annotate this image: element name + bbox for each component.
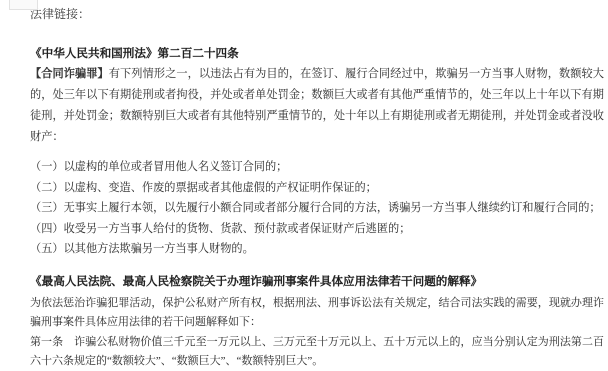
- interpretation-preamble: 为依法惩治诈骗犯罪活动，保护公私财产所有权，根据刑法、刑事诉讼法有关规定，结合司…: [30, 294, 604, 333]
- law-item-3: （三）无事实上履行本领，以先履行小额合同或者部分履行合同的方法，诱骗另一方当事人…: [30, 198, 604, 219]
- law-intro-text: 有下列情形之一，以违法占有为目的，在签订、履行合同经过中，欺骗另一方当事人财物，…: [30, 68, 604, 143]
- interpretation-article-1: 第一条 诈骗公私财物价值三千元至一万元以上、三万元至十万元以上、五十万元以上的，…: [30, 333, 604, 371]
- law-item-1: （一）以虚构的单位或者冒用他人名义签订合同的；: [30, 157, 604, 178]
- document-content: 法律链接： 《中华人民共和国刑法》第二百二十四条 【合同诈骗罪】有下列情形之一，…: [0, 0, 608, 371]
- interpretation-title: 《最高人民法院、最高人民检察院关于办理诈骗刑事案件具体应用法律若干问题的解释》: [30, 274, 604, 290]
- law-items-list: （一）以虚构的单位或者冒用他人名义签订合同的； （二）以虚构、变造、作废的票据或…: [30, 157, 604, 260]
- law-intro-paragraph: 【合同诈骗罪】有下列情形之一，以违法占有为目的，在签订、履行合同经过中，欺骗另一…: [30, 64, 604, 148]
- document-page: 法律链接： 《中华人民共和国刑法》第二百二十四条 【合同诈骗罪】有下列情形之一，…: [0, 0, 608, 371]
- table-cell-artifact: [9, 0, 38, 10]
- legal-links-label: 法律链接：: [30, 6, 604, 22]
- law-item-5: （五）以其他方法欺骗另一方当事人财物的。: [30, 239, 604, 260]
- law-article-title: 《中华人民共和国刑法》第二百二十四条: [30, 46, 604, 62]
- law-item-4: （四）收受另一方当事人给付的货物、货款、预付款或者保证财产后逃匿的；: [30, 219, 604, 240]
- crime-name-label: 【合同诈骗罪】: [30, 68, 109, 80]
- interpretation-body: 为依法惩治诈骗犯罪活动，保护公私财产所有权，根据刑法、刑事诉讼法有关规定，结合司…: [30, 294, 604, 371]
- law-item-2: （二）以虚构、变造、作废的票据或者其他虚假的产权证明作保证的；: [30, 178, 604, 199]
